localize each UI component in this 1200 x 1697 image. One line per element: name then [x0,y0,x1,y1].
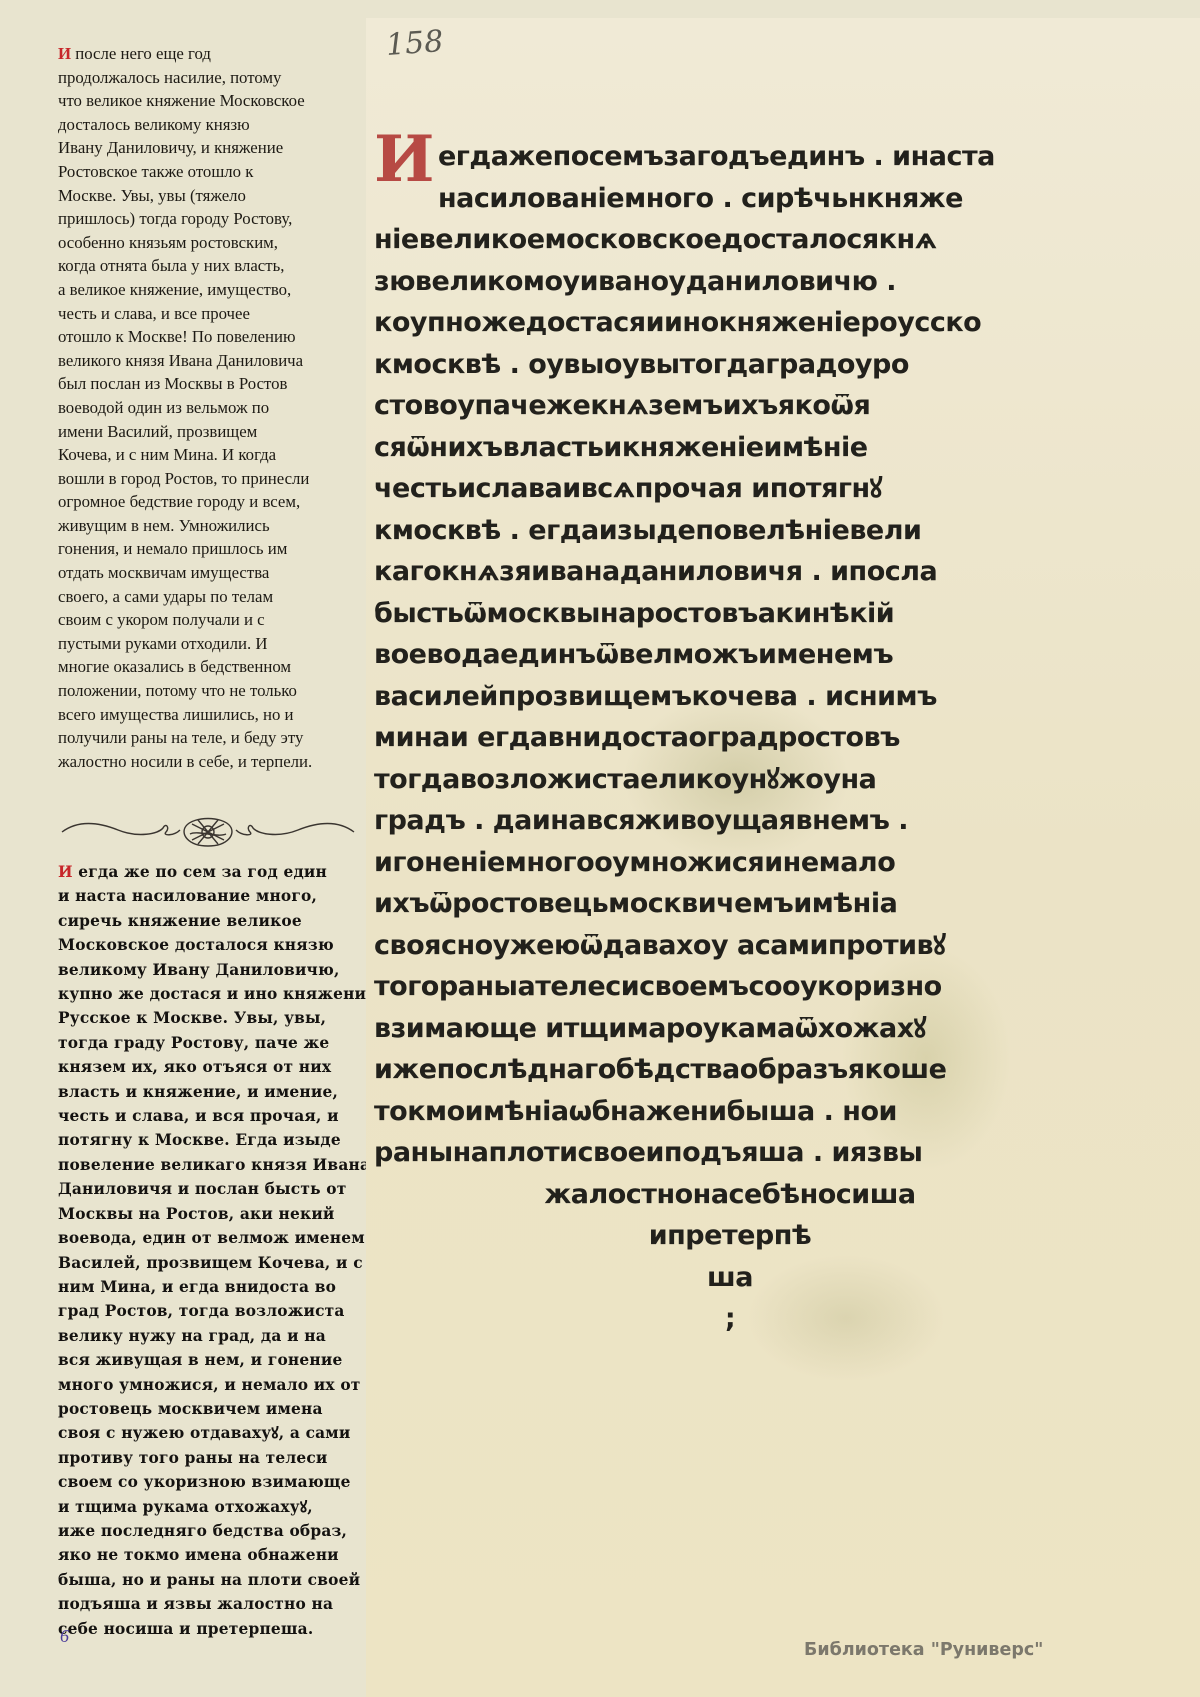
manuscript-line: Иегдажепосемъзагодъединъ . инаста [366,136,1086,178]
manuscript-line: честьиславаивсѧпрочая ипотягнꙋ [366,468,1086,510]
modern-translation-paragraph: И после него еще год продолжалось насили… [58,42,370,773]
page-number: 6 [60,1626,69,1647]
manuscript-line: тогораныателесисвоемъсооукоризно [366,966,1086,1008]
manuscript-line: игоненіемногооумножисяинемало [366,842,1086,884]
manuscript-line: зювеликомоуиваноуданиловичю . [366,261,1086,303]
manuscript-line: насилованіемного . сирѣчьнкняже [366,178,1086,220]
manuscript-line: ніевеликоемосковскоедосталосякнѧ [366,219,1086,261]
old-russian-text-body: егда же по сем за год един и наста насил… [58,863,376,1638]
manuscript-line: ; [366,1298,1086,1340]
modern-translation-text: после него еще год продолжалось насилие,… [58,44,312,771]
manuscript-line: василейпрозвищемъкочева . иснимъ [366,676,1086,718]
modern-translation-column: И после него еще год продолжалось насили… [58,42,370,773]
manuscript-line: ихъѿростовецьмосквичемъимѣніа [366,883,1086,925]
manuscript-line: ранынаплотисвоеиподъяша . иязвы [366,1132,1086,1174]
manuscript-line: своясноужеюѿдавахоу асамипротивꙋ [366,925,1086,967]
dropcap-letter: И [58,44,71,63]
manuscript-line: воеводаединъѿвелможъименемъ [366,634,1086,676]
flourish-divider-icon [58,812,358,852]
manuscript-line: быстьѿмосквынаростовъакинѣкій [366,593,1086,635]
old-russian-text: И егда же по сем за год един и наста нас… [58,860,378,1641]
manuscript-line: тогдавозложистаеликоунꙋжоуна [366,759,1086,801]
manuscript-lines: Иегдажепосемъзагодъединъ . инаста насило… [366,136,1086,1340]
folio-number: 158 [385,24,445,63]
manuscript-line: сяѿнихъвластьикняженіеимѣніе [366,427,1086,469]
manuscript-line: взимающе итщимароукамаѿхожахꙋ [366,1008,1086,1050]
manuscript-initial: И [374,130,434,190]
manuscript-line: кмосквѣ . оувыоувытогдаградоуро [366,344,1086,386]
manuscript-line: стовоупачежекнѧземъихъякоѿя [366,385,1086,427]
manuscript-line: минаи егдавнидостаоградростовъ [366,717,1086,759]
manuscript-line: кмосквѣ . егдаизыдеповелѣніевели [366,510,1086,552]
manuscript-line: ипретерпѣ [366,1215,1086,1257]
manuscript-line: ша [366,1257,1086,1299]
manuscript-line: коупножедостасяиинокняженіероусско [366,302,1086,344]
manuscript-line: жалостнонасебѣносиша [366,1174,1086,1216]
manuscript-line: ижепослѣднагобѣдстваобразъякоше [366,1049,1086,1091]
manuscript-line: токмоимѣніаѡбнаженибыша . нои [366,1091,1086,1133]
manuscript-line: градъ . даинавсяживоущаявнемъ . [366,800,1086,842]
dropcap-letter-old: И [58,863,73,881]
manuscript-image: 158 Иегдажепосемъзагодъединъ . инаста на… [366,18,1200,1697]
library-footer: Библиотека "Руниверс" [804,1640,1043,1660]
manuscript-line: кагокнѧзяиванаданиловичя . ипосла [366,551,1086,593]
